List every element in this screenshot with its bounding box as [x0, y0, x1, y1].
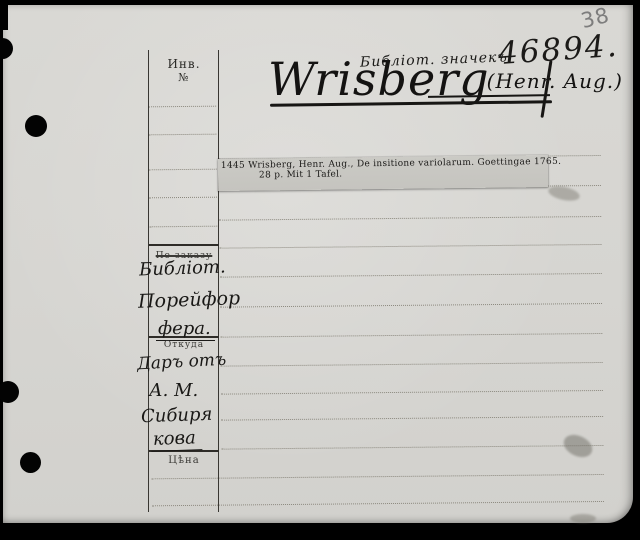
handwriting-line: кова: [151, 427, 203, 452]
title-paren-text: (Henr. Aug.): [487, 69, 623, 93]
handwriting-line: Сибиря: [141, 404, 213, 427]
pasted-bibliographic-label: 1445 Wrisberg, Henr. Aug., De insitione …: [218, 155, 548, 191]
inventory-header-line2: №: [149, 71, 219, 85]
handwriting-line: А. М.: [149, 380, 198, 401]
dotted-ruled-line: [221, 362, 603, 367]
section-divider: [149, 244, 219, 246]
inventory-column-right-border: [218, 50, 219, 512]
scan-smudge: [570, 514, 596, 523]
handwriting-line: Библіот.: [139, 256, 226, 280]
dotted-ruled-line: [221, 390, 603, 395]
title-handwritten: Wrisberg(Henr. Aug.): [268, 52, 623, 106]
price-section-label: Цѣна: [150, 455, 218, 466]
dotted-ruled-line: [221, 445, 603, 450]
dotted-ruled-line: [149, 197, 217, 199]
dotted-ruled-line: [220, 333, 602, 338]
dotted-ruled-line: [152, 501, 604, 506]
inventory-column-left-border: [148, 50, 149, 512]
dotted-ruled-line: [148, 106, 216, 108]
handwriting-line: фера.: [156, 318, 215, 341]
dotted-ruled-line: [149, 226, 217, 228]
dotted-ruled-line: [220, 303, 602, 308]
dotted-ruled-line: [152, 474, 604, 479]
dotted-ruled-line: [219, 216, 601, 221]
dotted-ruled-line: [220, 273, 602, 278]
dotted-ruled-line: [149, 169, 217, 171]
inventory-column-header: Инв. №: [149, 57, 219, 85]
dotted-ruled-line: [148, 134, 216, 136]
dotted-ruled-line: [219, 244, 601, 249]
title-author-name: Wrisberg: [268, 52, 490, 106]
dotted-ruled-line: [221, 416, 603, 421]
inventory-header-line1: Инв.: [149, 57, 219, 71]
origin-section-label: Откуда: [150, 340, 218, 350]
label-line-2: 28 p. Mit 1 Tafel.: [259, 167, 548, 181]
handwriting-line: Порейфор: [138, 287, 241, 313]
